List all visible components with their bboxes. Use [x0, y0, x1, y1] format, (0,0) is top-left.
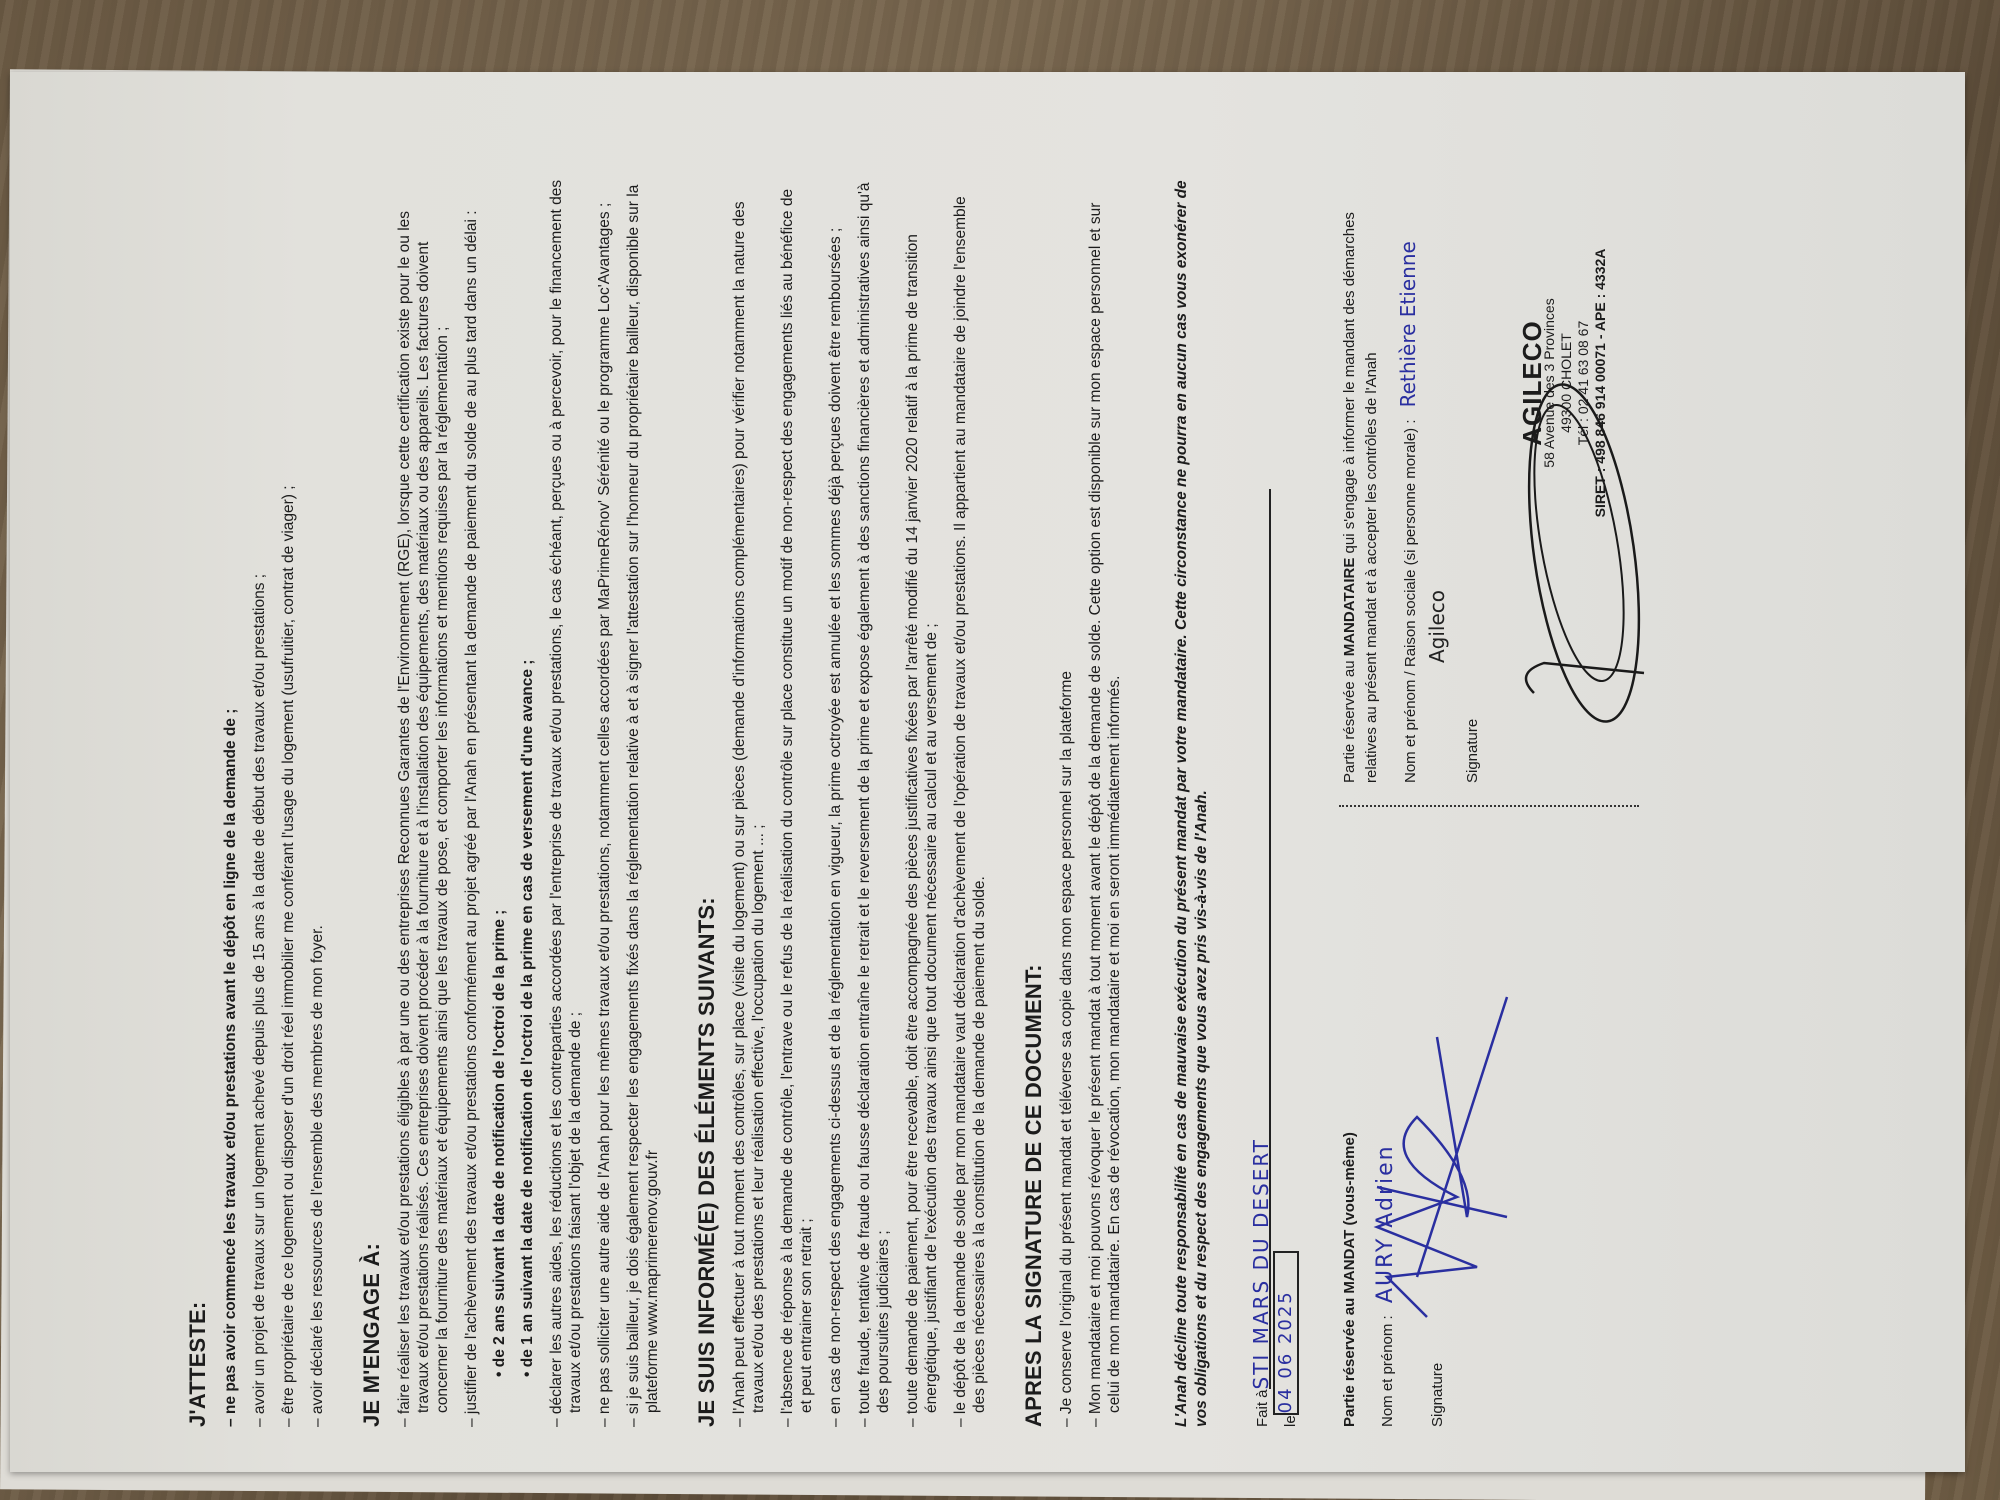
attest-item: – avoir déclaré les ressources de l'ense…	[308, 177, 327, 1427]
informed-item: – toute demande de paiement, pour être r…	[903, 177, 941, 1427]
stamp-phone: Tél : 02 41 63 08 67	[1575, 183, 1592, 583]
engage-item: – faire réaliser les travaux et/ou prest…	[395, 177, 452, 1427]
page-content: J'ATTESTE: – ne pas avoir commencé les t…	[185, 177, 1639, 1427]
informed-item: – en cas de non-respect des engagements …	[826, 177, 845, 1427]
informed-heading: JE SUIS INFORMÉ(E) DES ÉLÉMENTS SUIVANTS…	[694, 177, 720, 1427]
stamp-address: 58 Avenue des 3 Provinces	[1541, 183, 1558, 583]
stamp-company: AGILECO	[1524, 183, 1541, 583]
engage-heading: JE M'ENGAGE À:	[359, 177, 385, 1427]
mandant-name-label: Nom et prénom :	[1379, 1315, 1396, 1427]
disclaimer: L'Anah décline toute responsabilité en c…	[1172, 177, 1212, 1427]
mandant-column: Partie réservée au MANDAT (vous-même) No…	[1339, 827, 1639, 1427]
engage-item: – ne pas solliciter une autre aide de l'…	[595, 177, 614, 1427]
le-label: le	[1282, 1415, 1299, 1427]
mandant-title: Partie réservée au MANDAT (vous-même)	[1339, 827, 1361, 1427]
company-stamp: AGILECO 58 Avenue des 3 Provinces 49300 …	[1524, 183, 1609, 583]
mandataire-signature-label: Signature	[1462, 183, 1484, 783]
informed-item: – le dépôt de la demande de solde par mo…	[951, 177, 989, 1427]
mandataire-name-value: Rethière Etienne	[1396, 241, 1420, 407]
mandant-signature-label: Signature	[1429, 1363, 1446, 1427]
place-field[interactable]: STI MARS DU DESERT	[1249, 489, 1271, 1389]
column-divider	[1339, 803, 1639, 807]
engage-item: – si je suis bailleur, je dois également…	[624, 177, 662, 1427]
date-field[interactable]: 04 06 2025	[1273, 1251, 1299, 1415]
stamp-city: 49300 CHOLET	[1558, 183, 1575, 583]
rotated-page: J'ATTESTE: – ne pas avoir commencé les t…	[10, 72, 1965, 1472]
mandataire-column: Partie réservée au MANDATAIRE qui s'enga…	[1339, 183, 1639, 783]
mandataire-name-label: Nom et prénom / Raison sociale (si perso…	[1402, 420, 1419, 784]
date-value: 04 06 2025	[1275, 1290, 1296, 1413]
after-signature-item: – Mon mandataire et moi pouvons révoquer…	[1086, 177, 1124, 1427]
engage-item: – déclarer les autres aides, les réducti…	[547, 177, 585, 1427]
engage-bullet: • de 1 an suivant la date de notificatio…	[519, 177, 537, 1377]
fait-label: Fait à	[1254, 1389, 1271, 1427]
after-signature-item: – Je conserve l'original du présent mand…	[1057, 177, 1076, 1427]
mandataire-company-handwritten: Agileco	[1426, 183, 1448, 663]
signature-section: Partie réservée au MANDAT (vous-même) No…	[1339, 177, 1639, 1427]
mandataire-title-bold: MANDATAIRE	[1341, 558, 1358, 657]
informed-item: – l'Anah peut effectuer à tout moment de…	[730, 177, 768, 1427]
place-value: STI MARS DU DESERT	[1249, 1138, 1273, 1389]
engage-item: – justifier de l'achèvement des travaux …	[462, 177, 481, 1427]
informed-item: – l'absence de réponse à la demande de c…	[778, 177, 816, 1427]
engage-bullet: • de 2 ans suivant la date de notificati…	[491, 177, 509, 1377]
place-row: Fait à STI MARS DU DESERT	[1249, 177, 1271, 1427]
attest-item: – avoir un projet de travaux sur un loge…	[250, 177, 269, 1427]
mandataire-title-prefix: Partie réservée au	[1341, 656, 1358, 783]
mandant-name-value: AURY Adrien	[1373, 1144, 1398, 1303]
attests-heading: J'ATTESTE:	[185, 177, 211, 1427]
stamp-siret: SIRET : 498 846 914 00071 - APE : 4332A	[1592, 183, 1609, 583]
informed-item: – toute fraude, tentative de fraude ou f…	[855, 177, 893, 1427]
after-signature-heading: APRES LA SIGNATURE DE CE DOCUMENT:	[1021, 177, 1047, 1427]
attest-item: – être propriétaire de ce logement ou di…	[279, 177, 298, 1427]
attest-item: – ne pas avoir commencé les travaux et/o…	[221, 177, 240, 1427]
document-sheet: J'ATTESTE: – ne pas avoir commencé les t…	[10, 72, 1965, 1472]
date-row: le 04 06 2025	[1273, 177, 1299, 1427]
